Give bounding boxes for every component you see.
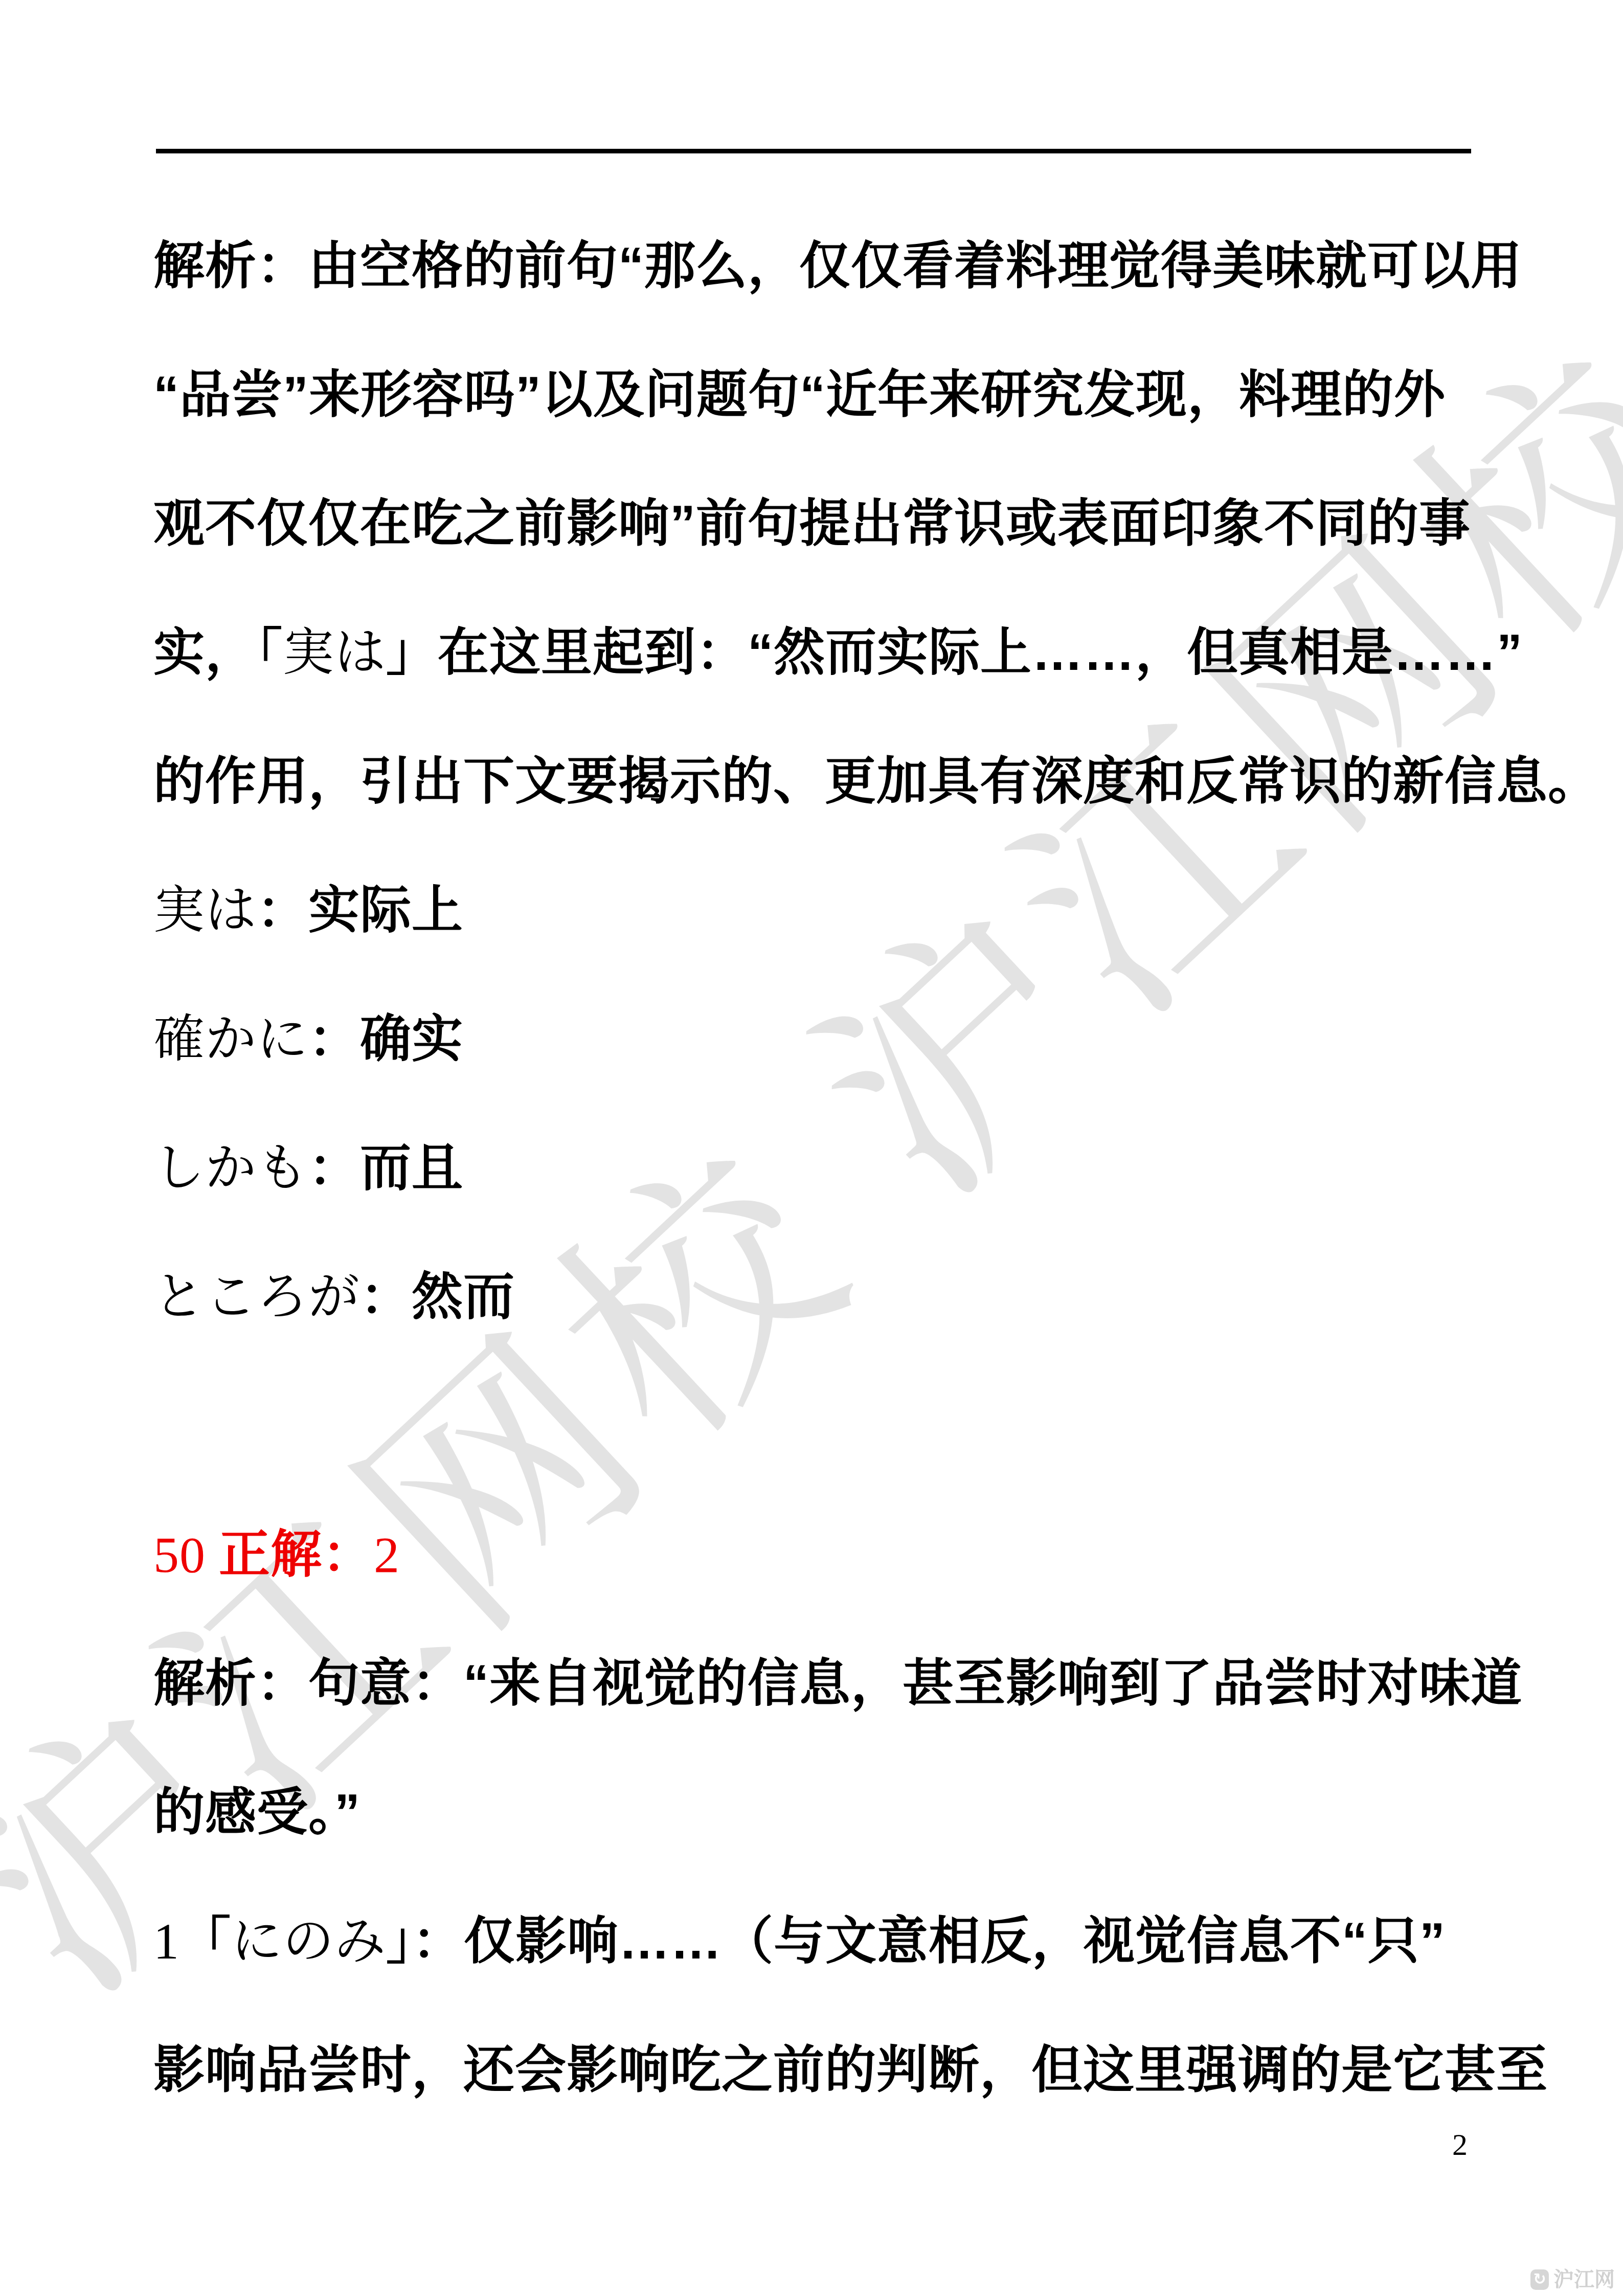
text-segment: 」：仅影响……（与文意相反，视觉信息不“只” <box>386 1912 1446 1970</box>
text-segment: 」在这里起到：“然而实际上……，但真相是……” <box>386 624 1523 681</box>
text-line: 观不仅仅在吃之前影响”前句提出常识或表面印象不同的事 <box>153 459 1483 588</box>
text-segment: ：然而 <box>360 1268 515 1325</box>
text-segment: 影响品尝时，还会影响吃之前的判断，但这里强调的是它甚至 <box>153 2041 1548 2099</box>
circular-arrow-icon: ↻ <box>1530 2269 1549 2290</box>
document-body: 解析：由空格的前句“那么，仅仅看着料理觉得美味就可以用“品尝”来形容吗”以及问题… <box>153 201 1483 2134</box>
text-segment: 实，「 <box>153 624 283 681</box>
text-line: 1「にのみ」：仅影响……（与文意相反，视觉信息不“只” <box>153 1877 1483 2006</box>
text-line: しかも：而且 <box>153 1104 1483 1232</box>
text-segment: 実は <box>153 882 257 939</box>
text-segment: しかも <box>153 1140 308 1197</box>
text-segment: 実は <box>283 624 386 681</box>
text-segment: ：实际上 <box>257 882 463 939</box>
text-line: 50 正解：2 <box>153 1490 1483 1619</box>
document-page: 沪江网校 沪江网校 解析：由空格的前句“那么，仅仅看着料理觉得美味就可以用“品尝… <box>0 0 1623 2296</box>
hujiang-logo: ↻ 沪江网 <box>1530 2269 1615 2290</box>
text-segment: 的作用，引出下文要揭示的、更加具有深度和反常识的新信息。 <box>153 753 1599 810</box>
text-line: 实，「実は」在这里起到：“然而实际上……，但真相是……” <box>153 588 1483 717</box>
text-line: 的感受。” <box>153 1748 1483 1877</box>
text-segment: “品尝”来形容吗”以及问题句“近年来研究发现，料理的外 <box>153 366 1446 423</box>
text-line: 解析：由空格的前句“那么，仅仅看着料理觉得美味就可以用 <box>153 201 1483 330</box>
text-segment: 解析：由空格的前句“那么，仅仅看着料理觉得美味就可以用 <box>153 237 1522 295</box>
text-line: ところが：然而 <box>153 1232 1483 1361</box>
blank-line <box>153 1361 1483 1490</box>
text-segment: ：而且 <box>308 1139 463 1197</box>
text-segment: 確かに <box>153 1011 308 1068</box>
text-segment: ：确实 <box>308 1010 463 1068</box>
text-line: “品尝”来形容吗”以及问题句“近年来研究发现，料理的外 <box>153 330 1483 459</box>
text-segment: 观不仅仅在吃之前影响”前句提出常识或表面印象不同的事 <box>153 495 1471 552</box>
text-line: 的作用，引出下文要揭示的、更加具有深度和反常识的新信息。 <box>153 717 1483 846</box>
text-segment: 50 <box>153 1526 219 1583</box>
text-segment: 「 <box>179 1912 231 1970</box>
text-line: 解析：句意：“来自视觉的信息，甚至影响到了品尝时对味道 <box>153 1619 1483 1748</box>
text-segment: 解析：句意：“来自视觉的信息，甚至影响到了品尝时对味道 <box>153 1655 1522 1712</box>
page-number: 2 <box>1452 2128 1468 2161</box>
text-segment: 的感受。” <box>153 1784 360 1841</box>
text-segment: にのみ <box>231 1913 386 1970</box>
hujiang-logo-text: 沪江网 <box>1553 2269 1615 2290</box>
text-segment: 正解： <box>219 1526 374 1583</box>
text-segment: ところが <box>153 1269 360 1325</box>
text-segment: 1 <box>153 1913 179 1970</box>
header-rule <box>156 149 1471 153</box>
text-line: 影响品尝时，还会影响吃之前的判断，但这里强调的是它甚至 <box>153 2006 1483 2134</box>
text-line: 確かに：确实 <box>153 975 1483 1104</box>
text-line: 実は：实际上 <box>153 846 1483 975</box>
text-segment: 2 <box>374 1526 400 1583</box>
